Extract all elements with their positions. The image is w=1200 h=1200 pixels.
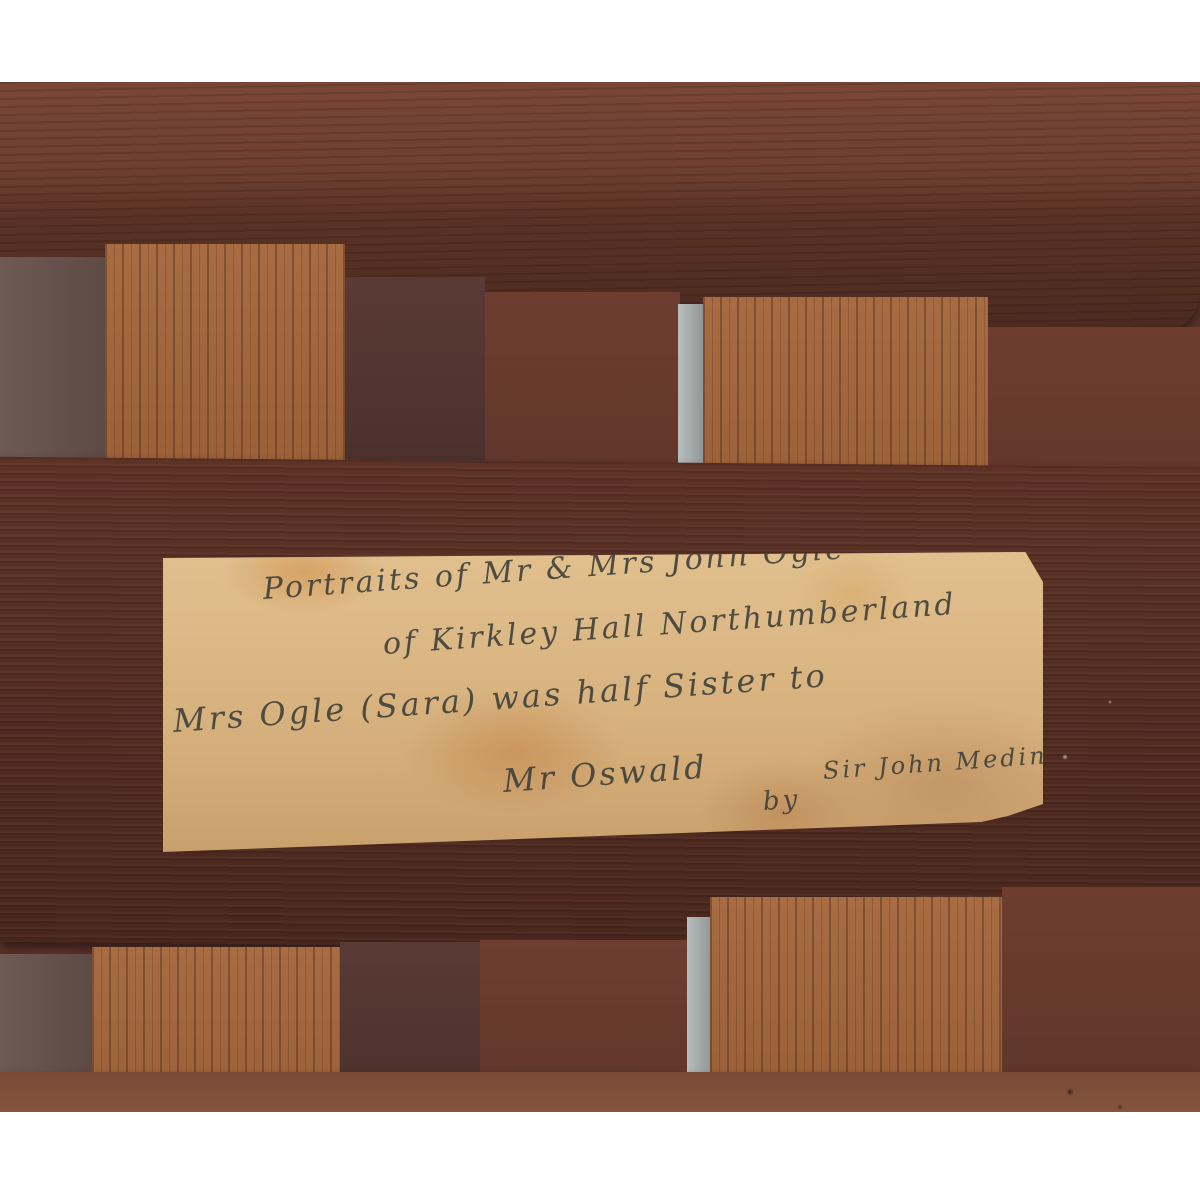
label-line: by (762, 784, 801, 817)
photograph: Portraits of Mr & Mrs John Ogle of Kirkl… (0, 82, 1200, 1112)
oak-slat (105, 244, 345, 469)
label-line: of Kirkley Hall Northumberland (382, 587, 958, 662)
slat (1002, 887, 1200, 1082)
label-line: Sir John Medina (822, 740, 1066, 785)
bottom-wood-rail (0, 1072, 1200, 1112)
oak-slat (710, 897, 1002, 1097)
slat (0, 257, 105, 462)
label-line: Mrs Ogle (Sara) was half Sister to (172, 656, 829, 740)
handwritten-label: Portraits of Mr & Mrs John Ogle of Kirkl… (163, 552, 1043, 852)
slat (345, 277, 485, 477)
slat-edge (678, 304, 704, 489)
slat (485, 292, 680, 487)
label-line: Mr Oswald (502, 748, 709, 800)
